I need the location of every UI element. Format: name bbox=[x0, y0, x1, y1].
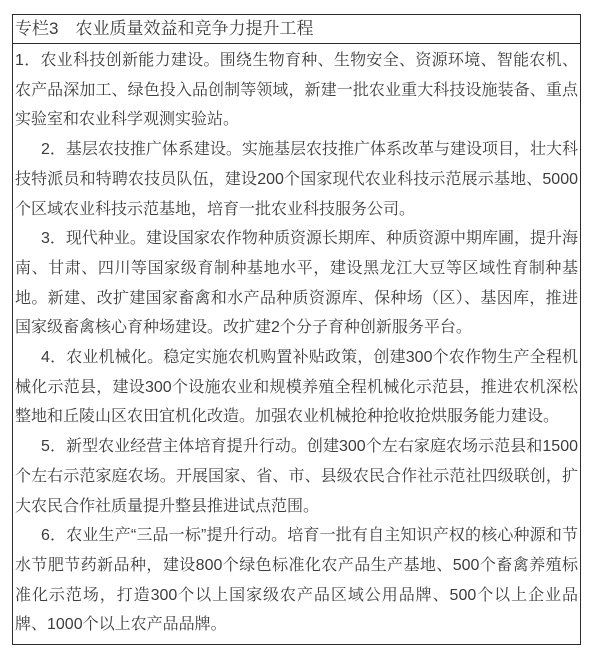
paragraph: 5．新型农业经营主体培育提升行动。创建300个左右家庭农场示范县和1500个左右… bbox=[15, 432, 578, 521]
panel-title: 专栏3 农业质量效益和竞争力提升工程 bbox=[13, 15, 580, 44]
paragraph: 3．现代种业。建设国家农作物种质资源长期库、种质资源中期库圃，提升海南、甘肃、四… bbox=[15, 224, 578, 343]
column-box-panel: 专栏3 农业质量效益和竞争力提升工程 1．农业科技创新能力建设。围绕生物育种、生… bbox=[12, 14, 581, 645]
panel-body: 1．农业科技创新能力建设。围绕生物育种、生物安全、资源环境、智能农机、农产品深加… bbox=[13, 44, 580, 644]
paragraph: 6．农业生产“三品一标”提升行动。培育一批有自主知识产权的核心种源和节水节肥节药… bbox=[15, 521, 578, 640]
paragraph: 2．基层农技推广体系建设。实施基层农技推广体系改革与建设项目，壮大科技特派员和特… bbox=[15, 135, 578, 224]
paragraph: 1．农业科技创新能力建设。围绕生物育种、生物安全、资源环境、智能农机、农产品深加… bbox=[15, 46, 578, 135]
paragraph: 4．农业机械化。稳定实施农机购置补贴政策，创建300个农作物生产全程机械化示范县… bbox=[15, 343, 578, 432]
